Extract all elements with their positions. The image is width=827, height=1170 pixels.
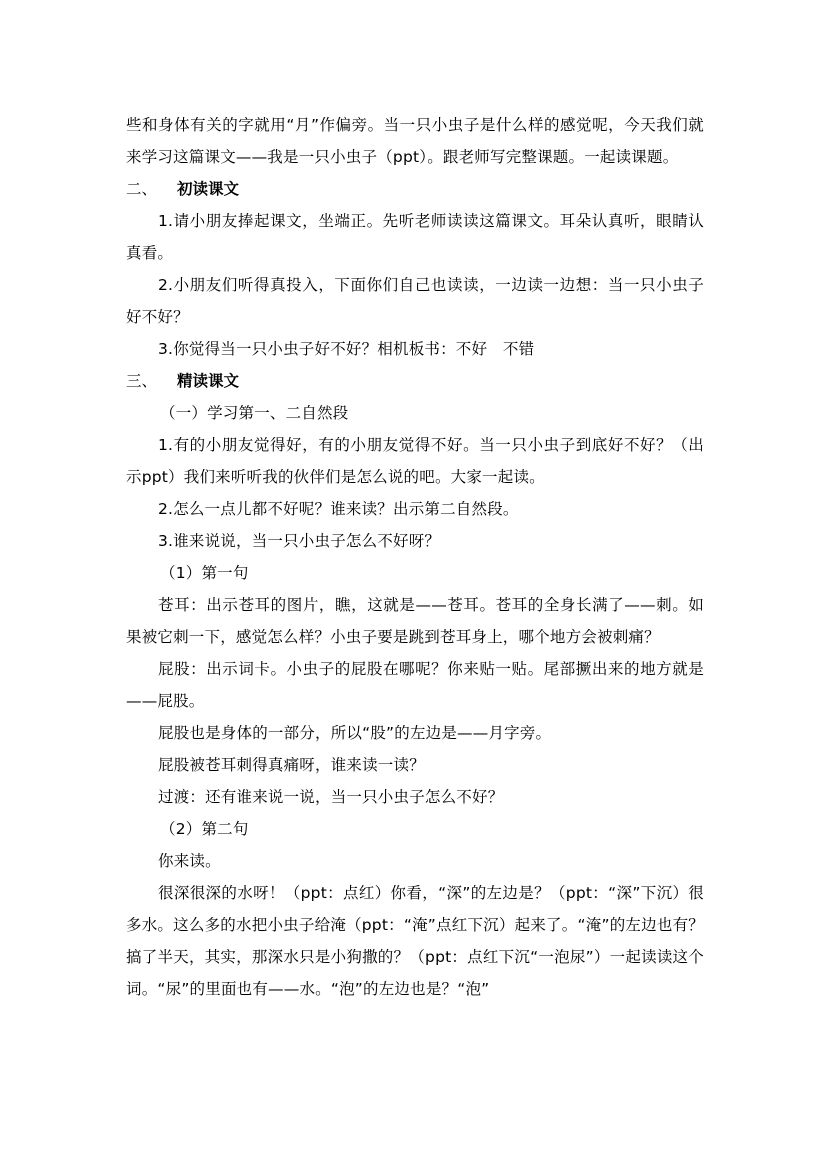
paragraph: 过渡：还有谁来说一说，当一只小虫子怎么不好？: [126, 781, 704, 813]
subsection-title: （一）学习第一、二自然段: [126, 397, 704, 429]
paragraph: 2.怎么一点儿都不好呢？谁来读？出示第二自然段。: [126, 493, 704, 525]
paragraph: 苍耳：出示苍耳的图片，瞧，这就是——苍耳。苍耳的全身长满了——刺。如果被它刺一下…: [126, 589, 704, 653]
paragraph: 屁股也是身体的一部分，所以“股”的左边是——月字旁。: [126, 717, 704, 749]
paragraph: 3.你觉得当一只小虫子好不好？相机板书：不好 不错: [126, 333, 704, 365]
paragraph: 屁股被苍耳刺得真痛呀，谁来读一读？: [126, 749, 704, 781]
paragraph: 1.请小朋友捧起课文，坐端正。先听老师读读这篇课文。耳朵认真听，眼睛认真看。: [126, 205, 704, 269]
paragraph: 你来读。: [126, 845, 704, 877]
section-title: 精读课文: [177, 365, 239, 397]
paragraph: 3.谁来说说，当一只小虫子怎么不好呀？: [126, 525, 704, 557]
section-heading-3: 三、 精读课文: [126, 365, 704, 397]
intro-paragraph: 些和身体有关的字就用“月”作偏旁。当一只小虫子是什么样的感觉呢，今天我们就来学习…: [126, 109, 704, 173]
paragraph: 屁股：出示词卡。小虫子的屁股在哪呢？你来贴一贴。尾部撅出来的地方就是——屁股。: [126, 653, 704, 717]
section-heading-2: 二、 初读课文: [126, 173, 704, 205]
section-number: 二、: [126, 173, 177, 205]
sentence-label: （1）第一句: [126, 557, 704, 589]
paragraph: 1.有的小朋友觉得好，有的小朋友觉得不好。当一只小虫子到底好不好？（出示ppt）…: [126, 429, 704, 493]
sentence-label: （2）第二句: [126, 813, 704, 845]
document-page: 些和身体有关的字就用“月”作偏旁。当一只小虫子是什么样的感觉呢，今天我们就来学习…: [126, 109, 704, 1005]
paragraph: 很深很深的水呀！（ppt：点红）你看，“深”的左边是？（ppt：“深”下沉）很多…: [126, 877, 704, 1005]
section-number: 三、: [126, 365, 177, 397]
section-title: 初读课文: [177, 173, 239, 205]
paragraph: 2.小朋友们听得真投入，下面你们自己也读读，一边读一边想：当一只小虫子好不好？: [126, 269, 704, 333]
